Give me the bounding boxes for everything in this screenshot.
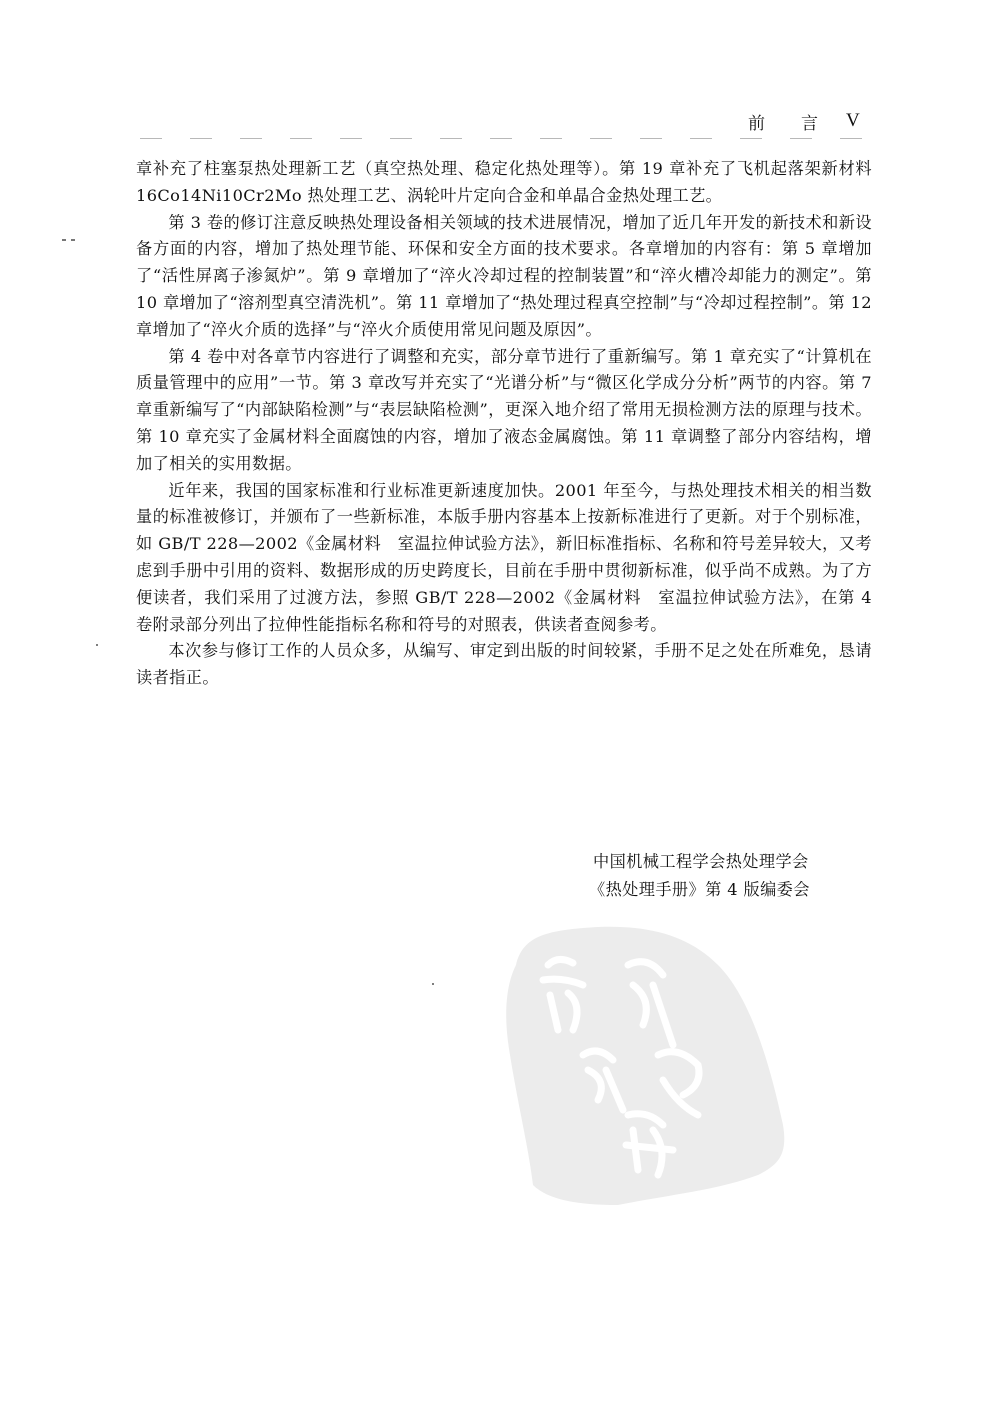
header-rule <box>140 138 880 139</box>
header-section-char-1: 前 <box>748 109 765 134</box>
paragraph-volume-4: 第 4 卷中对各章节内容进行了调整和充实，部分章节进行了重新编写。第 1 章充实… <box>136 344 872 478</box>
signature-committee: 《热处理手册》第 4 版编委会 <box>589 876 810 904</box>
preface-body: 章补充了柱塞泵热处理新工艺（真空热处理、稳定化热处理等）。第 19 章补充了飞机… <box>136 156 872 692</box>
paragraph-standards: 近年来，我国的国家标准和行业标准更新速度加快。2001 年至今，与热处理技术相关… <box>136 478 872 639</box>
header-section-char-2: 言 <box>801 109 818 134</box>
scan-speck <box>432 983 434 985</box>
scan-speck <box>96 644 98 646</box>
page-number: V <box>846 110 860 132</box>
running-header: 前 言 V <box>748 108 868 134</box>
scan-margin-mark <box>62 239 80 241</box>
paragraph-continued: 章补充了柱塞泵热处理新工艺（真空热处理、稳定化热处理等）。第 19 章补充了飞机… <box>136 156 872 210</box>
paragraph-closing: 本次参与修订工作的人员众多，从编写、审定到出版的时间较紧，手册不足之处在所难免，… <box>136 638 872 692</box>
signature-block: 中国机械工程学会热处理学会 《热处理手册》第 4 版编委会 <box>593 848 810 904</box>
paragraph-volume-3: 第 3 卷的修订注意反映热处理设备相关领域的技术进展情况，增加了近几年开发的新技… <box>136 210 872 344</box>
seal-stamp-watermark <box>488 905 788 1205</box>
signature-organization: 中国机械工程学会热处理学会 <box>593 848 810 876</box>
